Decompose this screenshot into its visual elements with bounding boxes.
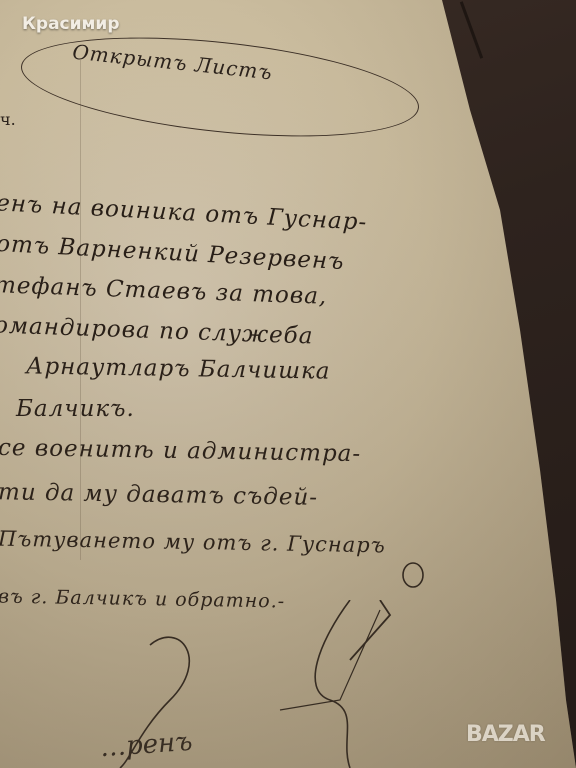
signature-text: …ренъ xyxy=(99,727,193,763)
text-line-7: се военитѣ и администра- xyxy=(0,435,361,467)
text-line-3: тефанъ Стаевъ за това, xyxy=(0,272,328,310)
seller-name-overlay: Красимир xyxy=(22,14,120,34)
signature-loop xyxy=(395,555,435,595)
text-line-5: Арнаутларъ Балчишка xyxy=(26,353,331,384)
text-line-2: отъ Варненкий Резервенъ xyxy=(0,231,345,275)
text-line-4: омандирова по служеба xyxy=(0,312,314,349)
text-line-8: ти да му даватъ съдей- xyxy=(0,479,318,511)
paper-crease xyxy=(80,60,81,560)
text-line-10: въ г. Балчикъ и обратно.- xyxy=(0,585,285,612)
text-line-6: Балчикъ. xyxy=(16,396,135,422)
stamp-oval xyxy=(16,21,423,152)
document-title: Открытъ Листъ xyxy=(71,40,274,85)
margin-mark: ч. xyxy=(0,110,16,129)
text-line-9: Пътуването му отъ г. Гуснаръ xyxy=(0,527,386,558)
text-line-1: енъ на воиника отъ Гуснар- xyxy=(0,190,368,235)
signature-flourish xyxy=(60,600,420,768)
bazar-logo: BAZAR xyxy=(466,722,545,747)
